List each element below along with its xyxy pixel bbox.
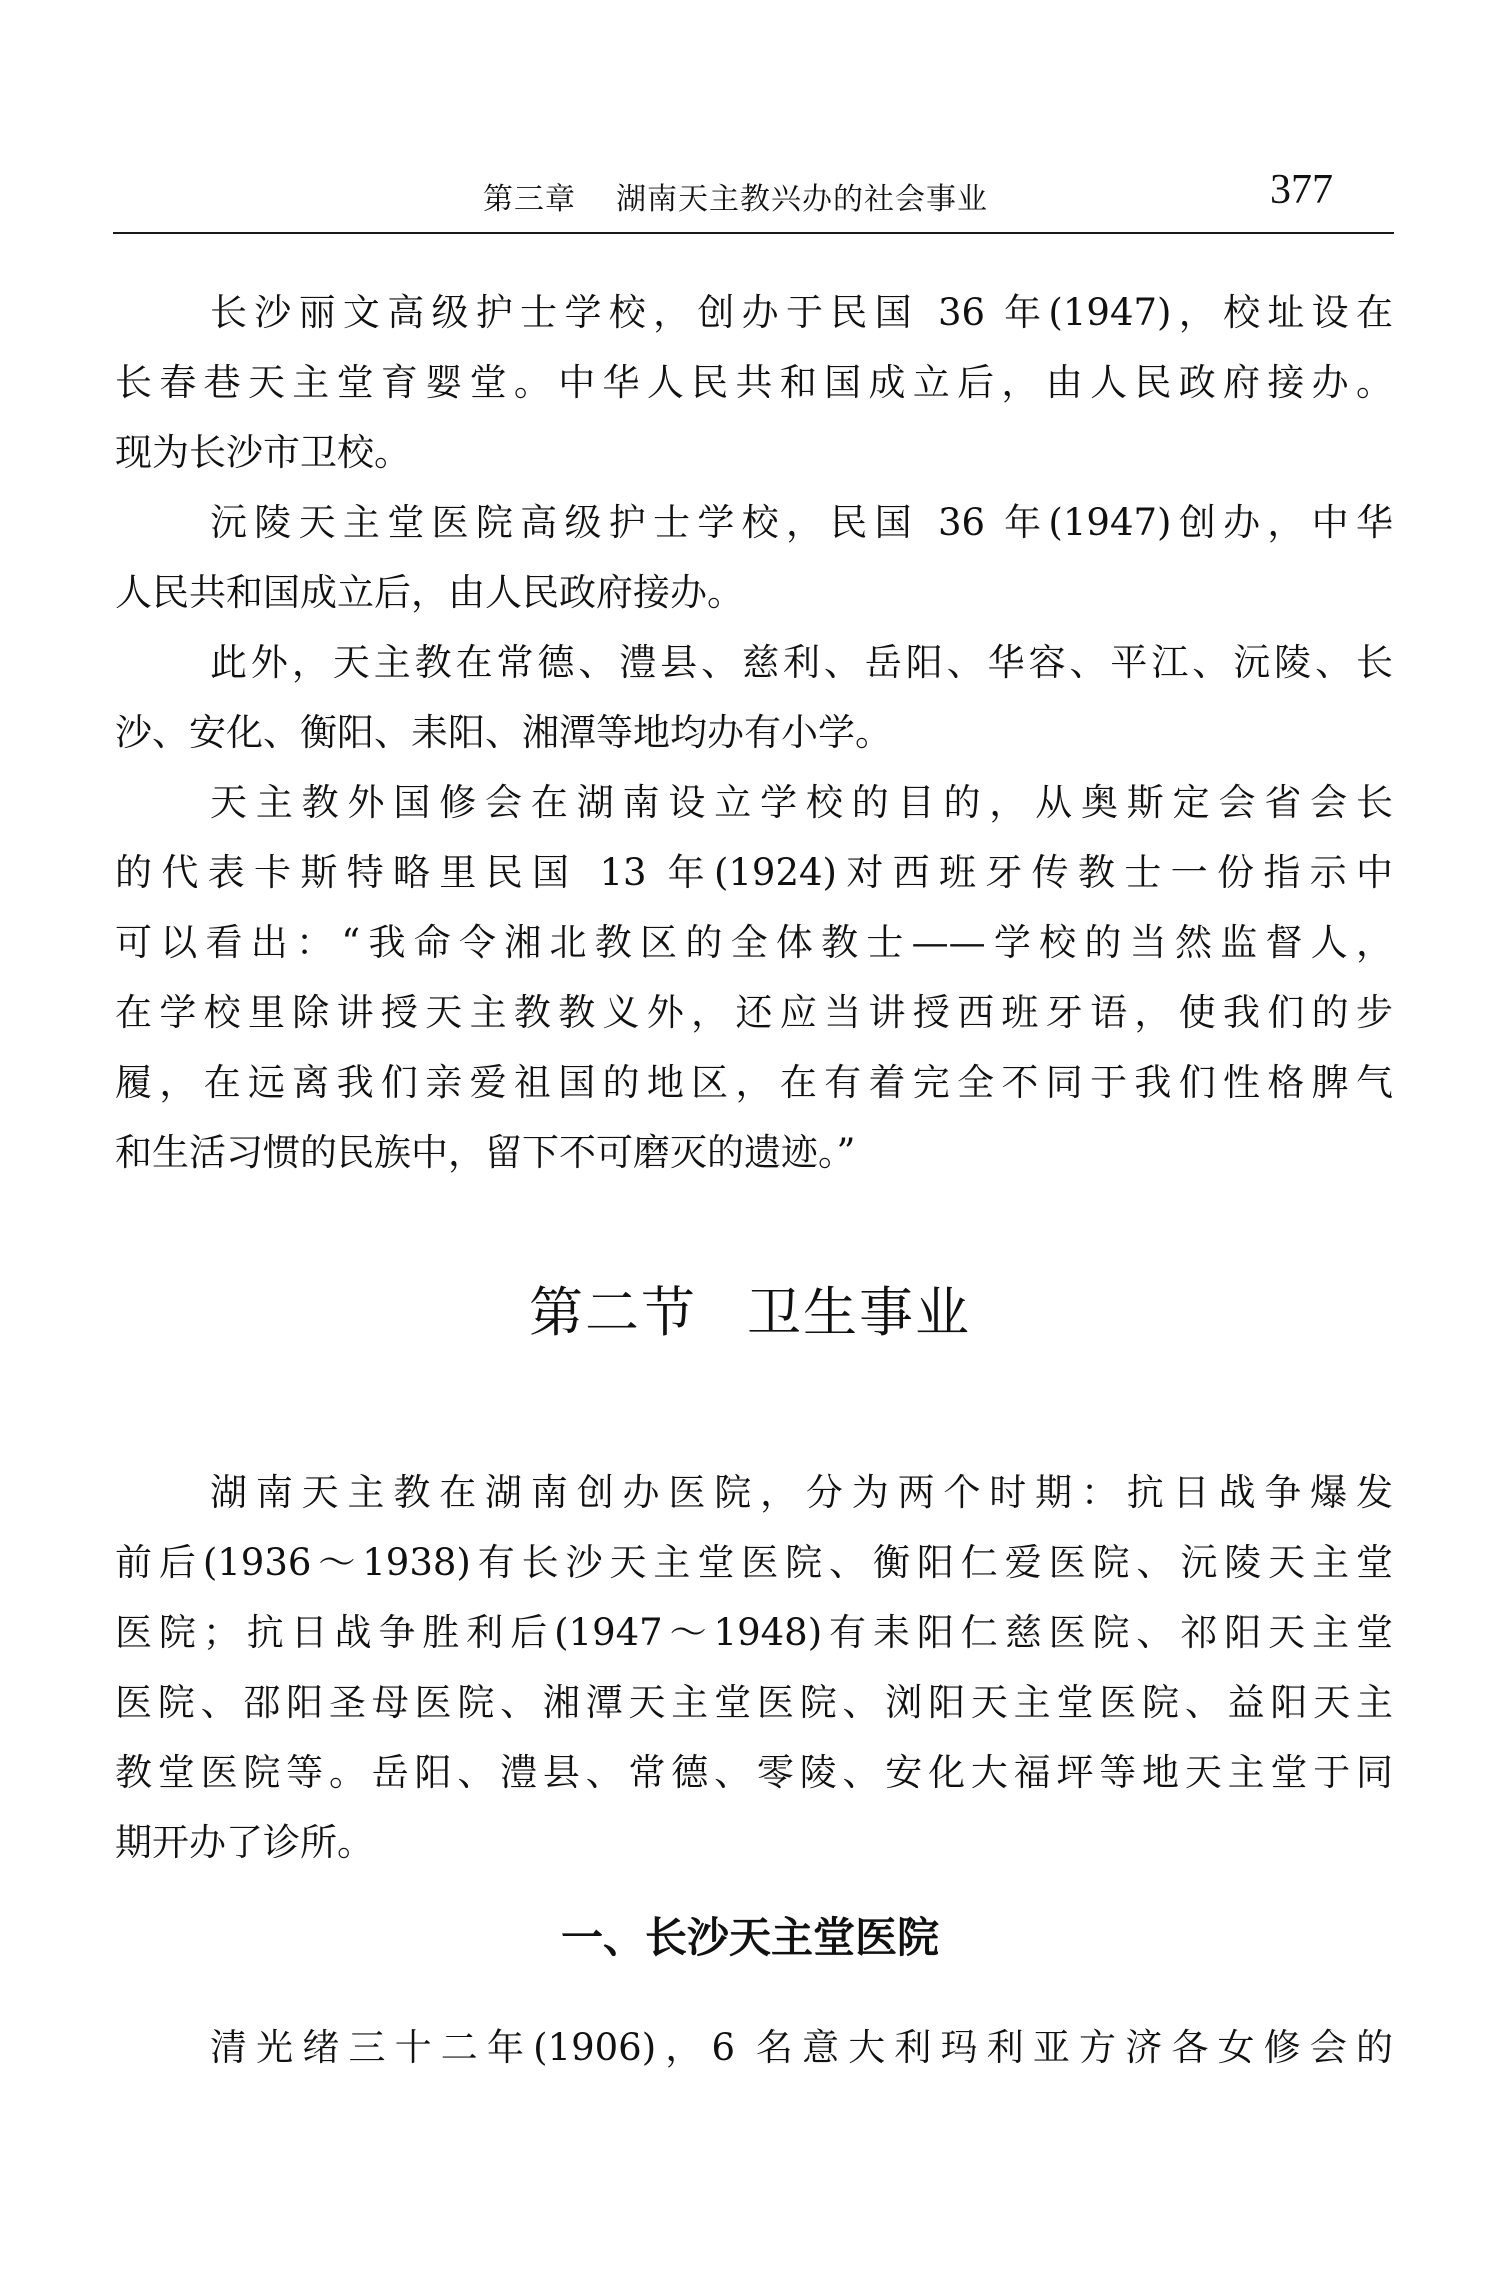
chapter-label: 第三章 [483, 182, 576, 217]
text-line: 沙、安化、衡阳、耒阳、湘潭等地均办有小学。 [115, 698, 1393, 768]
text-line: 沅陵天主堂医院高级护士学校，民国 36 年(1947)创办，中华 [115, 488, 1393, 558]
body-block-3: 清光绪三十二年(1906)，6 名意大利玛利亚方济各女修会的 [115, 2013, 1393, 2083]
paragraph: 沅陵天主堂医院高级护士学校，民国 36 年(1947)创办，中华 人民共和国成立… [115, 488, 1393, 628]
text-line: 医院；抗日战争胜利后(1947～1948)有耒阳仁慈医院、祁阳天主堂 [115, 1598, 1393, 1668]
text-line: 和生活习惯的民族中，留下不可磨灭的遗迹。” [115, 1118, 1393, 1188]
text-line: 履，在远离我们亲爱祖国的地区，在有着完全不同于我们性格脾气 [115, 1048, 1393, 1118]
paragraph: 天主教外国修会在湖南设立学校的目的，从奥斯定会省会长 的代表卡斯特略里民国 13… [115, 768, 1393, 1188]
page-number: 377 [1270, 166, 1333, 214]
chapter-title: 湖南天主教兴办的社会事业 [616, 182, 988, 217]
text-line: 长春巷天主堂育婴堂。中华人民共和国成立后，由人民政府接办。 [115, 348, 1393, 418]
text-line: 现为长沙市卫校。 [115, 418, 1393, 488]
subsection-heading: 一、长沙天主堂医院 [0, 1905, 1500, 1965]
section-title: 卫生事业 [747, 1281, 971, 1344]
text-line: 长沙丽文高级护士学校，创办于民国 36 年(1947)，校址设在 [115, 278, 1393, 348]
text-line: 期开办了诊所。 [115, 1808, 1393, 1878]
book-page: 第三章湖南天主教兴办的社会事业 377 长沙丽文高级护士学校，创办于民国 36 … [0, 0, 1500, 2290]
section-number: 第二节 [529, 1281, 697, 1344]
body-block-1: 长沙丽文高级护士学校，创办于民国 36 年(1947)，校址设在 长春巷天主堂育… [115, 278, 1393, 1188]
running-head-title: 第三章湖南天主教兴办的社会事业 [483, 174, 988, 218]
text-line: 教堂医院等。岳阳、澧县、常德、零陵、安化大福坪等地天主堂于同 [115, 1738, 1393, 1808]
text-line: 天主教外国修会在湖南设立学校的目的，从奥斯定会省会长 [115, 768, 1393, 838]
text-line: 人民共和国成立后，由人民政府接办。 [115, 558, 1393, 628]
paragraph: 湖南天主教在湖南创办医院，分为两个时期：抗日战争爆发 前后(1936～1938)… [115, 1458, 1393, 1878]
section-heading: 第二节卫生事业 [0, 1270, 1500, 1347]
text-line: 可以看出：“我命令湘北教区的全体教士——学校的当然监督人， [115, 908, 1393, 978]
running-head: 第三章湖南天主教兴办的社会事业 377 [113, 160, 1393, 220]
paragraph: 长沙丽文高级护士学校，创办于民国 36 年(1947)，校址设在 长春巷天主堂育… [115, 278, 1393, 488]
text-line: 清光绪三十二年(1906)，6 名意大利玛利亚方济各女修会的 [115, 2013, 1393, 2083]
body-block-2: 湖南天主教在湖南创办医院，分为两个时期：抗日战争爆发 前后(1936～1938)… [115, 1458, 1393, 1878]
text-line: 在学校里除讲授天主教教义外，还应当讲授西班牙语，使我们的步 [115, 978, 1393, 1048]
text-line: 前后(1936～1938)有长沙天主堂医院、衡阳仁爱医院、沅陵天主堂 [115, 1528, 1393, 1598]
header-rule [113, 232, 1394, 234]
paragraph: 此外，天主教在常德、澧县、慈利、岳阳、华容、平江、沅陵、长 沙、安化、衡阳、耒阳… [115, 628, 1393, 768]
text-line: 医院、邵阳圣母医院、湘潭天主堂医院、浏阳天主堂医院、益阳天主 [115, 1668, 1393, 1738]
text-line: 湖南天主教在湖南创办医院，分为两个时期：抗日战争爆发 [115, 1458, 1393, 1528]
paragraph: 清光绪三十二年(1906)，6 名意大利玛利亚方济各女修会的 [115, 2013, 1393, 2083]
text-line: 此外，天主教在常德、澧县、慈利、岳阳、华容、平江、沅陵、长 [115, 628, 1393, 698]
text-line: 的代表卡斯特略里民国 13 年(1924)对西班牙传教士一份指示中 [115, 838, 1393, 908]
